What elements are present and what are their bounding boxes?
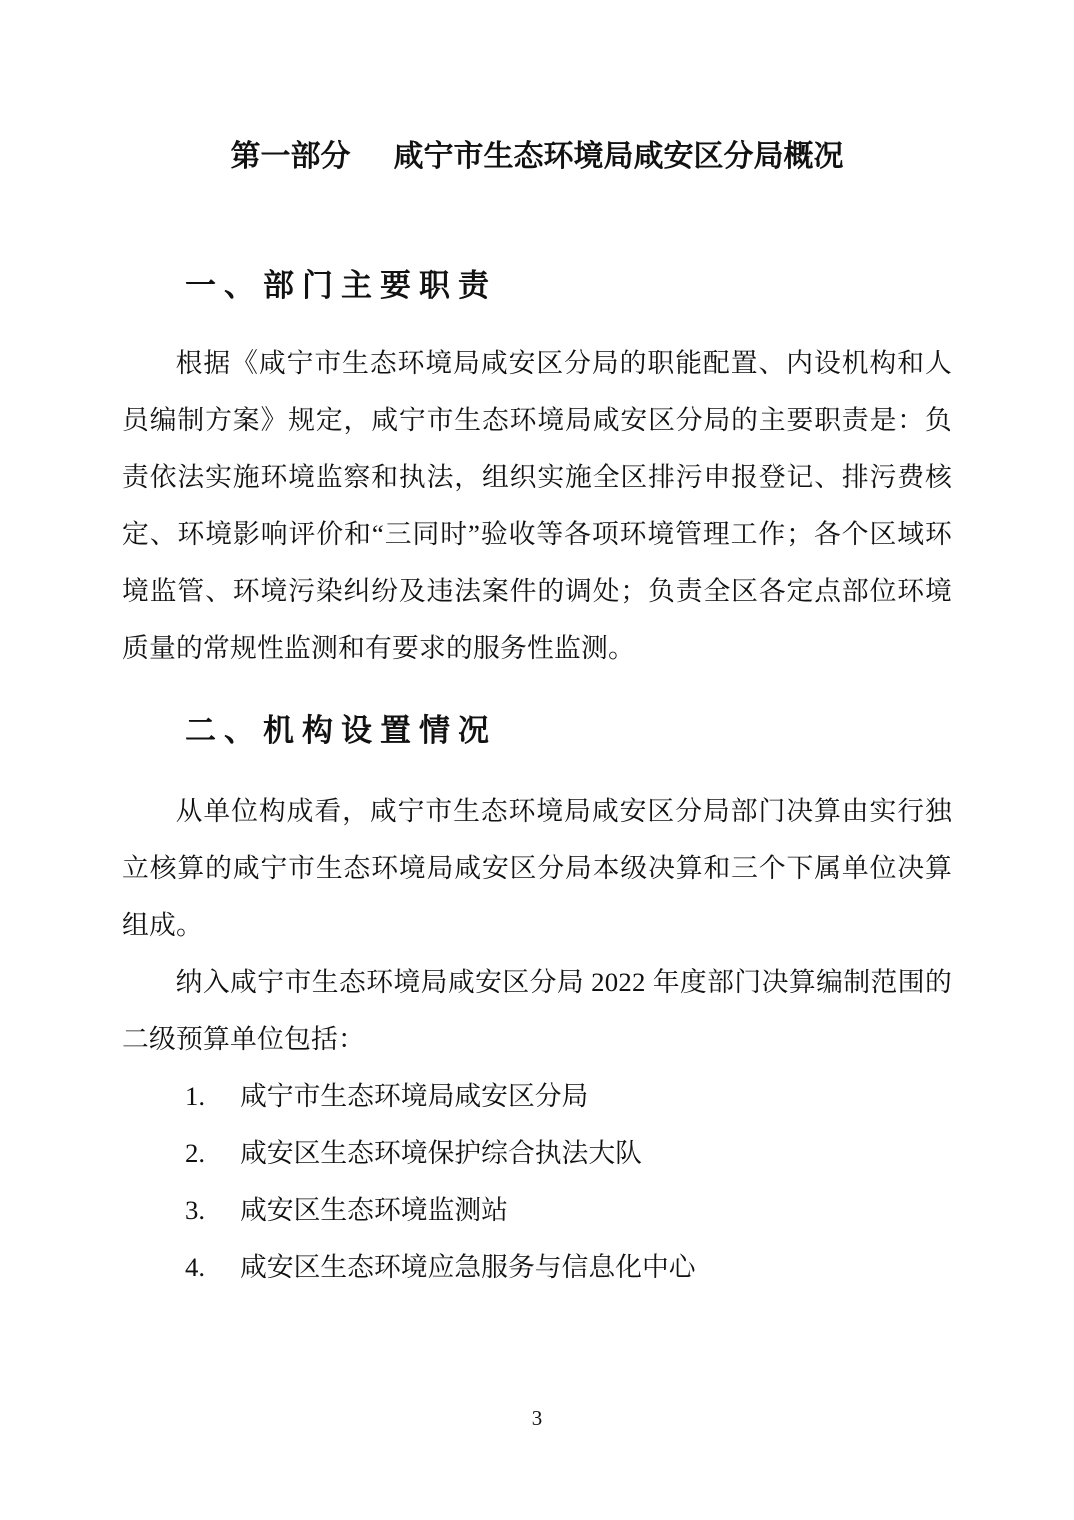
part-label: 第一部分 bbox=[231, 140, 351, 173]
paragraph-duties: 根据《咸宁市生态环境局咸安区分局的职能配置、内设机构和人员编制方案》规定，咸宁市… bbox=[122, 335, 952, 677]
section-heading-duties: 一、部门主要职责 bbox=[122, 257, 952, 314]
paragraph-unit-composition: 从单位构成看，咸宁市生态环境局咸安区分局部门决算由实行独立核算的咸宁市生态环境局… bbox=[122, 783, 952, 954]
list-item-number: 1. bbox=[185, 1068, 240, 1125]
section-heading-organization: 二、机构设置情况 bbox=[122, 702, 952, 759]
list-item: 1.咸宁市生态环境局咸安区分局 bbox=[122, 1068, 952, 1125]
list-item-number: 4. bbox=[185, 1239, 240, 1296]
document-page: 第一部分咸宁市生态环境局咸安区分局概况 一、部门主要职责 根据《咸宁市生态环境局… bbox=[0, 0, 1074, 1520]
list-item-number: 3. bbox=[185, 1182, 240, 1239]
budget-unit-list: 1.咸宁市生态环境局咸安区分局 2.咸安区生态环境保护综合执法大队 3.咸安区生… bbox=[122, 1068, 952, 1296]
list-item-text: 咸安区生态环境应急服务与信息化中心 bbox=[240, 1252, 696, 1282]
list-item-text: 咸宁市生态环境局咸安区分局 bbox=[240, 1081, 588, 1111]
list-item: 4.咸安区生态环境应急服务与信息化中心 bbox=[122, 1239, 952, 1296]
page-number: 3 bbox=[532, 1406, 543, 1430]
list-item-text: 咸安区生态环境保护综合执法大队 bbox=[240, 1138, 642, 1168]
list-item: 2.咸安区生态环境保护综合执法大队 bbox=[122, 1125, 952, 1182]
page-footer: 3 bbox=[0, 1406, 1074, 1430]
part-name: 咸宁市生态环境局咸安区分局概况 bbox=[394, 140, 844, 173]
paragraph-budget-scope: 纳入咸宁市生态环境局咸安区分局 2022 年度部门决算编制范围的二级预算单位包括… bbox=[122, 954, 952, 1068]
list-item: 3.咸安区生态环境监测站 bbox=[122, 1182, 952, 1239]
list-item-text: 咸安区生态环境监测站 bbox=[240, 1195, 508, 1225]
page-title: 第一部分咸宁市生态环境局咸安区分局概况 bbox=[122, 0, 952, 185]
list-item-number: 2. bbox=[185, 1125, 240, 1182]
